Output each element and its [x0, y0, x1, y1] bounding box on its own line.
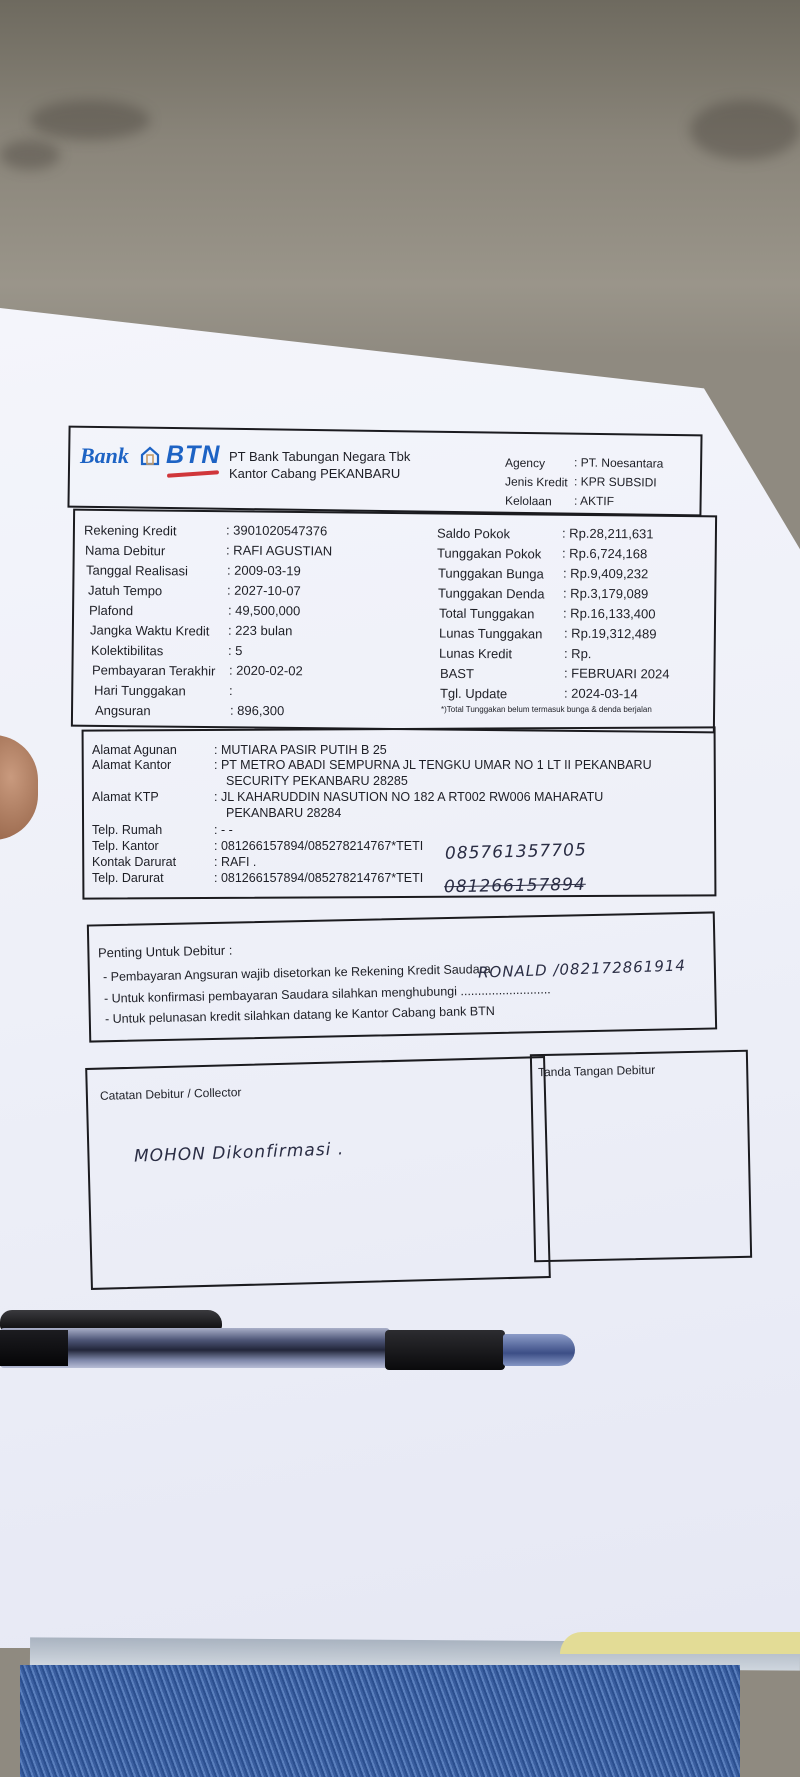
- notice-title: Penting Untuk Debitur :: [98, 943, 233, 961]
- agency-value: : PT. Noesantara: [574, 455, 664, 470]
- bank-logo-mark: BTN: [166, 441, 220, 470]
- tgl-update-label: Tgl. Update: [440, 686, 507, 702]
- plafond-label: Plafond: [89, 603, 133, 618]
- pen-cap: [0, 1310, 222, 1330]
- tunggakan-denda-label: Tunggakan Denda: [438, 586, 545, 602]
- tunggakan-bunga-value: : Rp.9,409,232: [563, 566, 648, 582]
- kelolaan-label: Kelolaan: [505, 494, 552, 509]
- pen-tip: [503, 1334, 575, 1366]
- kolektibilitas-value: : 5: [228, 643, 243, 658]
- angsuran-label: Angsuran: [95, 703, 151, 718]
- signature-label: Tanda Tangan Debitur: [538, 1063, 655, 1079]
- alamat-kantor-value: : PT METRO ABADI SEMPURNA JL TENGKU UMAR…: [214, 758, 652, 772]
- kolektibilitas-label: Kolektibilitas: [91, 643, 163, 659]
- lunas-tunggakan-value: : Rp.19,312,489: [563, 626, 656, 642]
- kontak-darurat-label: Kontak Darurat: [92, 855, 176, 869]
- telp-darurat-label: Telp. Darurat: [92, 871, 164, 885]
- agency-label: Agency: [505, 456, 545, 471]
- bank-logo-word: Bank: [80, 443, 129, 469]
- kelolaan-value: : AKTIF: [574, 494, 614, 509]
- tgl-update-value: : 2024-03-14: [564, 686, 638, 702]
- saldo-pokok-label: Saldo Pokok: [437, 526, 510, 542]
- hari-tunggakan-label: Hari Tunggakan: [94, 683, 186, 699]
- alamat-kantor-label: Alamat Kantor: [92, 758, 171, 772]
- tanggal-realisasi-label: Tanggal Realisasi: [86, 563, 188, 579]
- total-tunggakan-label: Total Tunggakan: [439, 606, 535, 622]
- jatuh-tempo-value: : 2027-10-07: [227, 583, 301, 599]
- nama-debitur-value: : RAFI AGUSTIAN: [226, 543, 332, 559]
- signature-box: [530, 1050, 752, 1263]
- plafond-value: : 49,500,000: [228, 603, 300, 619]
- angsuran-value: : 896,300: [230, 703, 284, 718]
- saldo-pokok-value: : Rp.28,211,631: [562, 526, 654, 542]
- jangka-waktu-kredit-label: Jangka Waktu Kredit: [90, 622, 210, 638]
- hari-tunggakan-value: :: [229, 683, 233, 698]
- lunas-kredit-label: Lunas Kredit: [439, 646, 512, 662]
- telp-rumah-label: Telp. Rumah: [92, 823, 162, 837]
- handwritten-phone-struck: 081266157894: [444, 875, 586, 897]
- alamat-agunan-label: Alamat Agunan: [92, 743, 177, 757]
- alamat-ktp-label: Alamat KTP: [92, 790, 159, 804]
- handwritten-phone: 085761357705: [445, 840, 587, 864]
- bast-label: BAST: [440, 666, 474, 681]
- lunas-kredit-value: : Rp.: [564, 646, 592, 661]
- footnote: *)Total Tunggakan belum termasuk bunga &…: [441, 705, 652, 714]
- pen-end: [0, 1330, 68, 1366]
- tunggakan-pokok-value: : Rp.6,724,168: [562, 546, 647, 562]
- tunggakan-denda-value: : Rp.3,179,089: [563, 586, 648, 602]
- house-icon: [140, 446, 160, 466]
- jenis-kredit-label: Jenis Kredit: [505, 475, 568, 490]
- bast-value: : FEBRUARI 2024: [564, 666, 670, 682]
- alamat-ktp-value-line2: PEKANBARU 28284: [226, 806, 341, 820]
- company-name: PT Bank Tabungan Negara Tbk: [229, 449, 410, 464]
- jenis-kredit-value: : KPR SUBSIDI: [574, 474, 657, 489]
- tunggakan-pokok-label: Tunggakan Pokok: [437, 546, 541, 562]
- rekening-kredit-label: Rekening Kredit: [84, 523, 177, 539]
- pembayaran-terakhir-label: Pembayaran Terakhir: [92, 662, 215, 678]
- nama-debitur-label: Nama Debitur: [85, 543, 165, 559]
- lunas-tunggakan-label: Lunas Tunggakan: [439, 626, 543, 642]
- alamat-agunan-value: : MUTIARA PASIR PUTIH B 25: [214, 743, 387, 757]
- telp-kantor-label: Telp. Kantor: [92, 839, 159, 853]
- rekening-kredit-value: : 3901020547376: [226, 523, 327, 539]
- total-tunggakan-value: : Rp.16,133,400: [563, 606, 656, 622]
- telp-kantor-value: : 081266157894/085278214767*TETI: [214, 839, 423, 853]
- branch-name: Kantor Cabang PEKANBARU: [229, 466, 400, 481]
- jangka-waktu-kredit-value: : 223 bulan: [228, 623, 292, 639]
- pembayaran-terakhir-value: : 2020-02-02: [229, 663, 303, 679]
- alamat-kantor-value-line2: SECURITY PEKANBARU 28285: [226, 774, 408, 788]
- jatuh-tempo-label: Jatuh Tempo: [88, 583, 162, 599]
- pen-grip: [385, 1330, 505, 1370]
- kontak-darurat-value: : RAFI .: [214, 855, 256, 869]
- alamat-ktp-value: : JL KAHARUDDIN NASUTION NO 182 A RT002 …: [214, 790, 603, 804]
- tunggakan-bunga-label: Tunggakan Bunga: [438, 566, 544, 582]
- tanggal-realisasi-value: : 2009-03-19: [227, 563, 301, 579]
- loan-statement-document: Bank BTN PT Bank Tabungan Negara Tbk Kan…: [0, 0, 800, 1777]
- telp-rumah-value: : - -: [214, 823, 233, 837]
- telp-darurat-value: : 081266157894/085278214767*TETI: [214, 871, 423, 885]
